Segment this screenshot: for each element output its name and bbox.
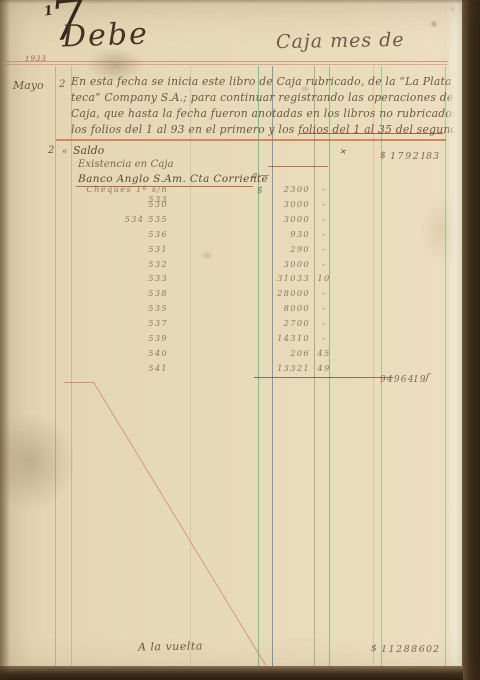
cheque-row: 539 14310 - — [72, 333, 344, 348]
cheque-amount: 28000 — [212, 288, 310, 298]
opening-paragraph: En esta fecha se inicia este libro de Ca… — [71, 75, 449, 139]
cheque-amount-cents: - — [312, 184, 336, 194]
binding-shadow-left — [0, 0, 10, 680]
cheque-amount-cents: 49 — [312, 363, 336, 373]
cheque-amount: 2700 — [212, 318, 310, 328]
cheque-number: 537 — [72, 318, 168, 328]
cheque-amount: 3000 — [212, 259, 310, 269]
cheque-amount-cents: - — [312, 288, 336, 298]
cheque-amount: 3000 — [212, 199, 310, 209]
cheque-amount: 3000 — [212, 214, 310, 224]
opening-paragraph-line: los folios del 1 al 93 en el primero y l… — [71, 123, 449, 139]
cheque-row: 541 13321 49 — [72, 363, 344, 378]
cheque-number: 533 — [72, 273, 168, 283]
paper-stain-large — [0, 412, 76, 512]
cheque-amount-cents: - — [312, 214, 336, 224]
footer-total-cents: 02 — [426, 644, 440, 655]
banco-posting-mark: a — — [252, 171, 269, 181]
opening-paragraph-line: Caja, que hasta la fecha fueron anotadas… — [71, 107, 449, 123]
ruling-vertical-date-left — [55, 66, 56, 666]
page-edge-highlight — [446, 0, 463, 680]
saldo-ditto-mark: « — [62, 147, 68, 157]
entry-month: Mayo — [13, 79, 44, 92]
ledger-page: 1 7 Debe Caja mes de 1933 Mayo 2 En esta… — [0, 0, 480, 680]
opening-paragraph-line: En esta fecha se inicia este libro de Ca… — [71, 75, 449, 91]
tick-mark: × — [339, 146, 347, 156]
opening-paragraph-line: teca” Company S.A.; para continuar regis… — [71, 91, 449, 107]
void-horizontal-stroke — [64, 382, 94, 383]
cheque-row: 536 930 - — [72, 229, 344, 244]
paragraph-close-rule — [56, 139, 446, 141]
cheque-row: 535 8000 - — [72, 303, 344, 318]
cheque-amount: 206 — [212, 348, 310, 358]
cheque-amount-cents: - — [312, 333, 336, 343]
footer-total-amount: 112886 — [381, 644, 426, 655]
page-edge-top-shade — [0, 0, 480, 4]
existencia-line: Existencia en Caja — [78, 159, 174, 170]
page-title-caja-mes: Caja mes de — [276, 29, 405, 53]
cheque-number: 532 — [72, 259, 168, 269]
entry-day: 2 — [59, 79, 65, 90]
cheque-row: 531 290 - — [72, 244, 344, 259]
cheque-amount: 14310 — [212, 333, 310, 343]
cheque-row: Cheques 1º s/n 533 2300 - — [72, 184, 344, 199]
subtotal-flourish: ʃ — [425, 372, 430, 383]
cheque-amount-cents: 45 — [312, 348, 336, 358]
saldo-label: Saldo — [73, 144, 104, 157]
cheque-number: 530 — [72, 199, 168, 209]
page-edge-dark-right — [462, 0, 480, 680]
cheque-row: 534 535 3000 - — [72, 214, 344, 229]
cheque-amount-cents: 10 — [312, 273, 336, 283]
cheque-amount: 31033 — [212, 273, 310, 283]
header-rule-bottom — [6, 64, 448, 65]
cheque-number: 541 — [72, 363, 168, 373]
ruling-vertical-pink-faint — [373, 66, 374, 666]
cheque-number: 534 535 — [72, 214, 168, 224]
cheque-amount-cents: - — [312, 259, 336, 269]
saldo-column-rule — [268, 166, 328, 167]
year-note: 1933 — [25, 55, 47, 63]
saldo-currency-sign: $ — [380, 151, 386, 161]
cheque-amount-cents: - — [312, 318, 336, 328]
cheque-number: 536 — [72, 229, 168, 239]
cheque-amount-cents: - — [312, 199, 336, 209]
footer-currency-sign: $ — [371, 644, 377, 654]
cheque-row: 530 3000 - — [72, 199, 344, 214]
header-rule-top — [6, 61, 448, 62]
cheque-amount-cents: - — [312, 229, 336, 239]
cheque-amount: 13321 — [212, 363, 310, 373]
cheque-number: 538 — [72, 288, 168, 298]
cheque-row: 538 28000 - — [72, 288, 344, 303]
cheque-row: 532 3000 - — [72, 259, 344, 274]
cheque-amount-cents: - — [312, 303, 336, 313]
cheque-number: 531 — [72, 244, 168, 254]
saldo-day: 2 — [48, 145, 54, 156]
void-diagonal-stroke — [93, 382, 266, 665]
cheque-amount: 2300 — [212, 184, 310, 194]
cheque-number: 539 — [72, 333, 168, 343]
cheque-number: 540 — [72, 348, 168, 358]
cheque-amount: 930 — [212, 229, 310, 239]
paper-speck-3 — [430, 20, 438, 28]
page-title-debe: Debe — [61, 16, 149, 54]
cheque-row: 540 206 45 — [72, 348, 344, 363]
cheque-row: 537 2700 - — [72, 318, 344, 333]
saldo-total-cents: 83 — [426, 151, 440, 162]
carry-forward-label: A la vuelta — [138, 639, 203, 653]
page-edge-dark-bottom — [0, 666, 463, 680]
cheque-amount-cents: - — [312, 244, 336, 254]
cheque-amount: 8000 — [212, 303, 310, 313]
cheques-subtotal-amount: 94964 — [380, 375, 415, 385]
cheque-row: 533 31033 10 — [72, 273, 344, 288]
cheque-number: 535 — [72, 303, 168, 313]
cheque-table: Cheques 1º s/n 533 2300 - 530 3000 - 534… — [72, 184, 344, 382]
saldo-total-amount: 17921 — [390, 151, 428, 162]
cheque-amount: 290 — [212, 244, 310, 254]
